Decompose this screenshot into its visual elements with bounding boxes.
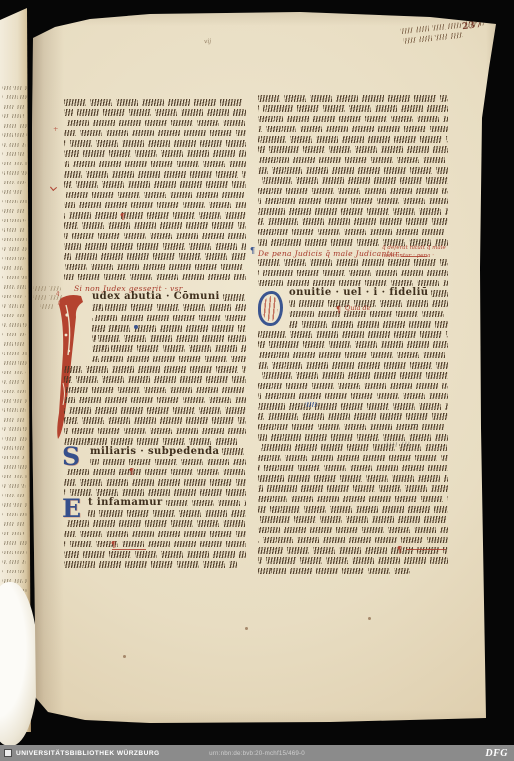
script-line — [258, 270, 448, 277]
facing-page-line — [2, 209, 27, 213]
script-line — [64, 366, 246, 373]
script-line — [64, 243, 246, 250]
script-ink — [258, 198, 448, 205]
facing-page-line — [2, 162, 28, 166]
script-ink — [258, 259, 448, 266]
script-line — [258, 280, 448, 287]
script-ink — [258, 167, 448, 174]
facing-page-line — [2, 522, 26, 526]
script-ink — [258, 496, 448, 503]
red-underline — [406, 549, 446, 550]
display-word: miliaris · subpedenda — [90, 449, 219, 455]
script-line — [64, 202, 246, 209]
script-ink — [258, 506, 448, 513]
script-line — [258, 434, 448, 441]
script-ink — [258, 341, 448, 348]
script-ink — [92, 315, 246, 322]
script-ink — [92, 304, 246, 311]
facing-page-line — [2, 560, 26, 564]
script-ink — [258, 229, 448, 236]
script-ink — [64, 264, 246, 271]
script-ink — [258, 485, 448, 492]
facing-page-line — [2, 124, 28, 128]
pilcrow-red-icon: ¶ — [111, 540, 116, 548]
script-line — [258, 485, 448, 492]
script-ink — [64, 397, 246, 404]
left-margin-note — [40, 304, 55, 309]
script-line — [64, 120, 246, 127]
script-line: t infamamur — [88, 500, 246, 507]
script-line — [258, 259, 448, 266]
facing-page-line — [2, 143, 26, 147]
script-ink — [258, 188, 448, 195]
script-line — [64, 130, 246, 137]
script-line — [90, 459, 246, 466]
facing-page-line — [2, 503, 28, 507]
facing-page-line — [2, 475, 27, 479]
facing-page-line — [2, 484, 26, 488]
script-ink — [90, 459, 246, 466]
script-ink — [64, 253, 246, 260]
script-line: onuitie · uel · i · fideliū — [289, 290, 448, 297]
facing-page-line — [2, 570, 25, 574]
facing-page-line — [2, 494, 25, 498]
script-ink — [258, 403, 448, 410]
script-line — [258, 105, 448, 112]
blue-paragraph-dot — [134, 325, 138, 329]
script-ink — [258, 434, 448, 441]
digitized-manuscript-view: { "viewer_footer": { "library": "UNIVERS… — [0, 0, 514, 761]
script-ink — [64, 212, 246, 219]
facing-page-line — [2, 532, 25, 536]
script-ink — [64, 120, 246, 127]
script-line — [64, 397, 246, 404]
script-line — [64, 407, 246, 414]
script-line — [258, 198, 448, 205]
red-underline — [112, 549, 146, 550]
script-line — [92, 325, 246, 332]
script-ink — [258, 444, 448, 451]
script-line — [258, 403, 448, 410]
script-line — [64, 489, 246, 496]
book-fore-edge-pages — [0, 582, 38, 746]
urn-identifier: urn:nbn:de:bvb:20-mchf15/469-0 — [209, 750, 305, 757]
script-line — [258, 383, 448, 390]
facing-page-line — [2, 551, 27, 555]
margin-dash — [411, 424, 418, 425]
script-line — [258, 496, 448, 503]
display-word: onuitie · uel · i · fideliū — [289, 290, 428, 296]
script-line — [258, 126, 448, 133]
script-line — [64, 428, 246, 435]
facing-page-line — [2, 105, 26, 109]
script-line — [258, 413, 448, 420]
facing-page-line — [2, 219, 26, 223]
facing-page-line — [2, 314, 28, 318]
script-line — [258, 516, 448, 523]
script-ink — [64, 202, 246, 209]
facing-page-line — [2, 228, 25, 232]
script-ink — [88, 510, 246, 517]
script-ink — [64, 551, 246, 558]
blue-inline-word — [305, 402, 318, 407]
red-margin-glyph: q̄ — [56, 291, 60, 297]
script-line — [64, 417, 246, 424]
script-ink — [258, 475, 448, 482]
parchment-stain — [368, 617, 371, 620]
script-line — [64, 541, 246, 548]
facing-page-line — [2, 427, 28, 431]
script-line — [258, 475, 448, 482]
script-ink — [258, 105, 448, 112]
script-ink — [64, 140, 246, 147]
parchment-stain — [245, 627, 248, 630]
script-line — [92, 304, 246, 311]
script-ink — [64, 222, 246, 229]
facing-page-line — [2, 304, 25, 308]
script-line — [258, 218, 448, 225]
script-line — [64, 99, 246, 106]
facing-page-line — [2, 333, 26, 337]
script-ink — [64, 150, 246, 157]
script-ink — [258, 136, 448, 143]
script-line — [289, 321, 448, 328]
facing-page-line — [2, 257, 26, 261]
red-tick-icon — [50, 184, 57, 191]
script-line — [258, 393, 448, 400]
script-ink — [258, 280, 448, 287]
red-cross-mark: + — [53, 126, 58, 132]
quire-mark: vij — [204, 38, 212, 45]
facing-page-line — [2, 371, 26, 375]
script-line — [64, 274, 246, 281]
facing-page-line — [2, 465, 28, 469]
display-word: udex abutia · Cōmuni — [92, 294, 220, 300]
manuscript-page: Si non Judex gesserit · vsrudex abutia ·… — [30, 8, 502, 730]
script-ink — [64, 479, 246, 486]
script-ink — [92, 335, 246, 342]
script-ink — [258, 146, 448, 153]
script-ink — [258, 157, 448, 164]
script-ink — [92, 356, 246, 363]
script-ink — [258, 568, 410, 575]
script-line — [64, 561, 237, 568]
viewer-footer-bar: UNIVERSITÄTSBIBLIOTHEK WÜRZBURG urn:nbn:… — [0, 745, 514, 761]
script-ink — [64, 161, 246, 168]
facing-page-line — [2, 390, 28, 394]
script-ink — [92, 345, 246, 352]
facing-page-line — [2, 181, 26, 185]
folio-number: 237 — [461, 20, 482, 32]
script-ink — [258, 516, 448, 523]
library-logo-icon — [4, 749, 12, 757]
script-ink — [64, 181, 246, 188]
script-ink — [258, 537, 448, 544]
script-line: udex abutia · Cōmuni — [92, 294, 246, 301]
script-ink — [258, 95, 448, 102]
script-line — [92, 356, 246, 363]
script-ink — [64, 417, 246, 424]
script-ink — [258, 383, 448, 390]
script-ink — [64, 99, 246, 106]
script-line — [64, 212, 246, 219]
script-ink — [64, 366, 246, 373]
script-line — [258, 557, 448, 564]
initial-E-icon: E — [62, 497, 81, 521]
script-line — [64, 192, 246, 199]
script-ink — [258, 116, 448, 123]
facing-page-line — [2, 361, 27, 365]
script-line — [64, 376, 246, 383]
script-ink — [431, 290, 448, 297]
facing-page-line — [2, 285, 27, 289]
script-line — [258, 372, 448, 379]
script-ink — [64, 109, 246, 116]
script-ink — [258, 177, 448, 184]
facing-page-line — [2, 295, 26, 299]
script-line — [258, 537, 448, 544]
pilcrow-red-icon: ¶ — [397, 545, 402, 553]
facing-page-line — [2, 513, 27, 517]
script-line — [92, 315, 246, 322]
script-line — [64, 264, 246, 271]
script-line — [64, 253, 246, 260]
script-ink — [258, 527, 448, 534]
script-ink — [258, 557, 448, 564]
script-ink — [64, 233, 246, 240]
script-line — [258, 444, 448, 451]
facing-page-line — [2, 200, 28, 204]
script-line — [258, 157, 448, 164]
script-line — [64, 438, 241, 445]
facing-page-line — [2, 238, 28, 242]
script-line — [258, 95, 448, 102]
pilcrow-red-icon: ¶ — [129, 467, 134, 475]
script-ink — [258, 218, 448, 225]
script-ink — [64, 438, 241, 445]
script-line — [64, 140, 246, 147]
script-ink — [64, 407, 246, 414]
facing-page-line — [2, 86, 28, 90]
script-line — [258, 229, 448, 236]
decorated-initial-section: onuitie · uel · i · fideliū — [258, 290, 448, 574]
facing-page-line — [2, 276, 28, 280]
library-branding: UNIVERSITÄTSBIBLIOTHEK WÜRZBURG — [4, 749, 160, 757]
facing-page-line — [2, 541, 28, 545]
script-ink — [258, 372, 448, 379]
script-line — [258, 208, 448, 215]
script-ink — [64, 531, 246, 538]
facing-page-line — [2, 399, 27, 403]
facing-page-line — [2, 133, 27, 137]
script-line — [64, 520, 246, 527]
script-ink — [92, 325, 246, 332]
red-margin-glyph: fr — [58, 300, 63, 306]
red-highlight-word: Quia de — [345, 304, 371, 312]
facing-page-line — [2, 266, 25, 270]
script-line — [258, 136, 448, 143]
script-line — [64, 222, 246, 229]
initial-S-icon: S — [62, 445, 80, 469]
facing-page-line — [2, 437, 27, 441]
script-line — [64, 150, 246, 157]
dfg-logo: DFG — [485, 748, 508, 759]
script-ink — [258, 362, 448, 369]
script-line — [64, 551, 246, 558]
display-word: t infamamur — [88, 500, 163, 506]
facing-page-line — [2, 152, 25, 156]
text-column-right: De pena Judicis q̄ male Judicanturonuiti… — [258, 95, 448, 578]
script-ink — [64, 469, 246, 476]
script-ink — [64, 171, 246, 178]
script-ink — [258, 393, 448, 400]
script-line — [258, 568, 410, 575]
script-line — [258, 146, 448, 153]
script-ink — [64, 387, 246, 394]
decorated-initial-section: udex abutia · Cōmuni — [64, 294, 246, 445]
script-line — [258, 331, 448, 338]
script-ink — [258, 270, 448, 277]
text-column-left: Si non Judex gesserit · vsrudex abutia ·… — [64, 99, 246, 572]
script-line — [64, 109, 246, 116]
script-line — [64, 233, 246, 240]
decorated-initial-section: Smiliaris · subpedenda — [64, 448, 246, 496]
script-ink — [258, 208, 448, 215]
script-line — [258, 455, 448, 462]
script-line — [258, 506, 448, 513]
script-ink — [64, 274, 246, 281]
script-line — [258, 177, 448, 184]
script-ink — [166, 500, 246, 507]
script-line — [64, 161, 246, 168]
script-ink — [258, 465, 448, 472]
script-ink — [223, 294, 246, 301]
script-ink — [64, 428, 246, 435]
facing-page-line — [2, 408, 26, 412]
facing-page-line — [2, 323, 27, 327]
pilcrow-blue-icon: ¶ — [250, 246, 255, 254]
script-line — [88, 510, 246, 517]
facing-page-line — [2, 247, 27, 251]
script-line — [92, 335, 246, 342]
script-ink — [289, 321, 448, 328]
facing-page-line — [2, 342, 25, 346]
script-line — [258, 465, 448, 472]
facing-page-line — [2, 190, 25, 194]
script-ink — [64, 561, 237, 568]
facing-page-line — [2, 352, 28, 356]
facing-page-line — [2, 95, 27, 99]
script-ink — [258, 126, 448, 133]
script-line — [64, 531, 246, 538]
script-line — [64, 479, 246, 486]
script-ink — [258, 455, 448, 462]
facing-page-line — [2, 114, 25, 118]
initial-C-icon — [258, 291, 283, 326]
facing-page-line — [2, 418, 25, 422]
script-line — [64, 387, 246, 394]
library-name: UNIVERSITÄTSBIBLIOTHEK WÜRZBURG — [16, 750, 160, 757]
decorated-initial-section: Et infamamur — [64, 500, 246, 568]
script-ink — [64, 520, 246, 527]
red-margin-note: q̄ deferat nituit q̄ maleiudicantur · pe… — [382, 245, 446, 260]
corner-cursive-note — [403, 32, 463, 44]
script-ink — [258, 331, 448, 338]
facing-page-line — [2, 380, 25, 384]
parchment-stain — [123, 655, 126, 658]
script-line — [258, 527, 448, 534]
script-line — [64, 171, 246, 178]
script-line — [258, 188, 448, 195]
script-line — [64, 181, 246, 188]
script-ink — [64, 541, 246, 548]
facing-page-line — [2, 446, 26, 450]
script-ink — [258, 413, 448, 420]
script-ink — [258, 424, 448, 431]
script-line — [258, 424, 448, 431]
facing-page-line — [2, 456, 25, 460]
script-ink — [64, 243, 246, 250]
script-line: miliaris · subpedenda — [90, 448, 246, 455]
script-line — [258, 341, 448, 348]
facing-page-line — [2, 171, 27, 175]
pilcrow-red-icon: ¶ — [120, 212, 125, 220]
script-ink — [64, 130, 246, 137]
script-line — [92, 345, 246, 352]
script-ink — [64, 192, 246, 199]
script-line — [258, 352, 448, 359]
script-ink — [258, 352, 448, 359]
script-line — [258, 167, 448, 174]
script-ink — [64, 489, 246, 496]
pilcrow-red-icon: ¶ — [336, 305, 341, 313]
script-line — [258, 362, 448, 369]
script-ink — [222, 448, 246, 455]
script-ink — [64, 376, 246, 383]
script-line — [64, 469, 246, 476]
script-line — [258, 116, 448, 123]
